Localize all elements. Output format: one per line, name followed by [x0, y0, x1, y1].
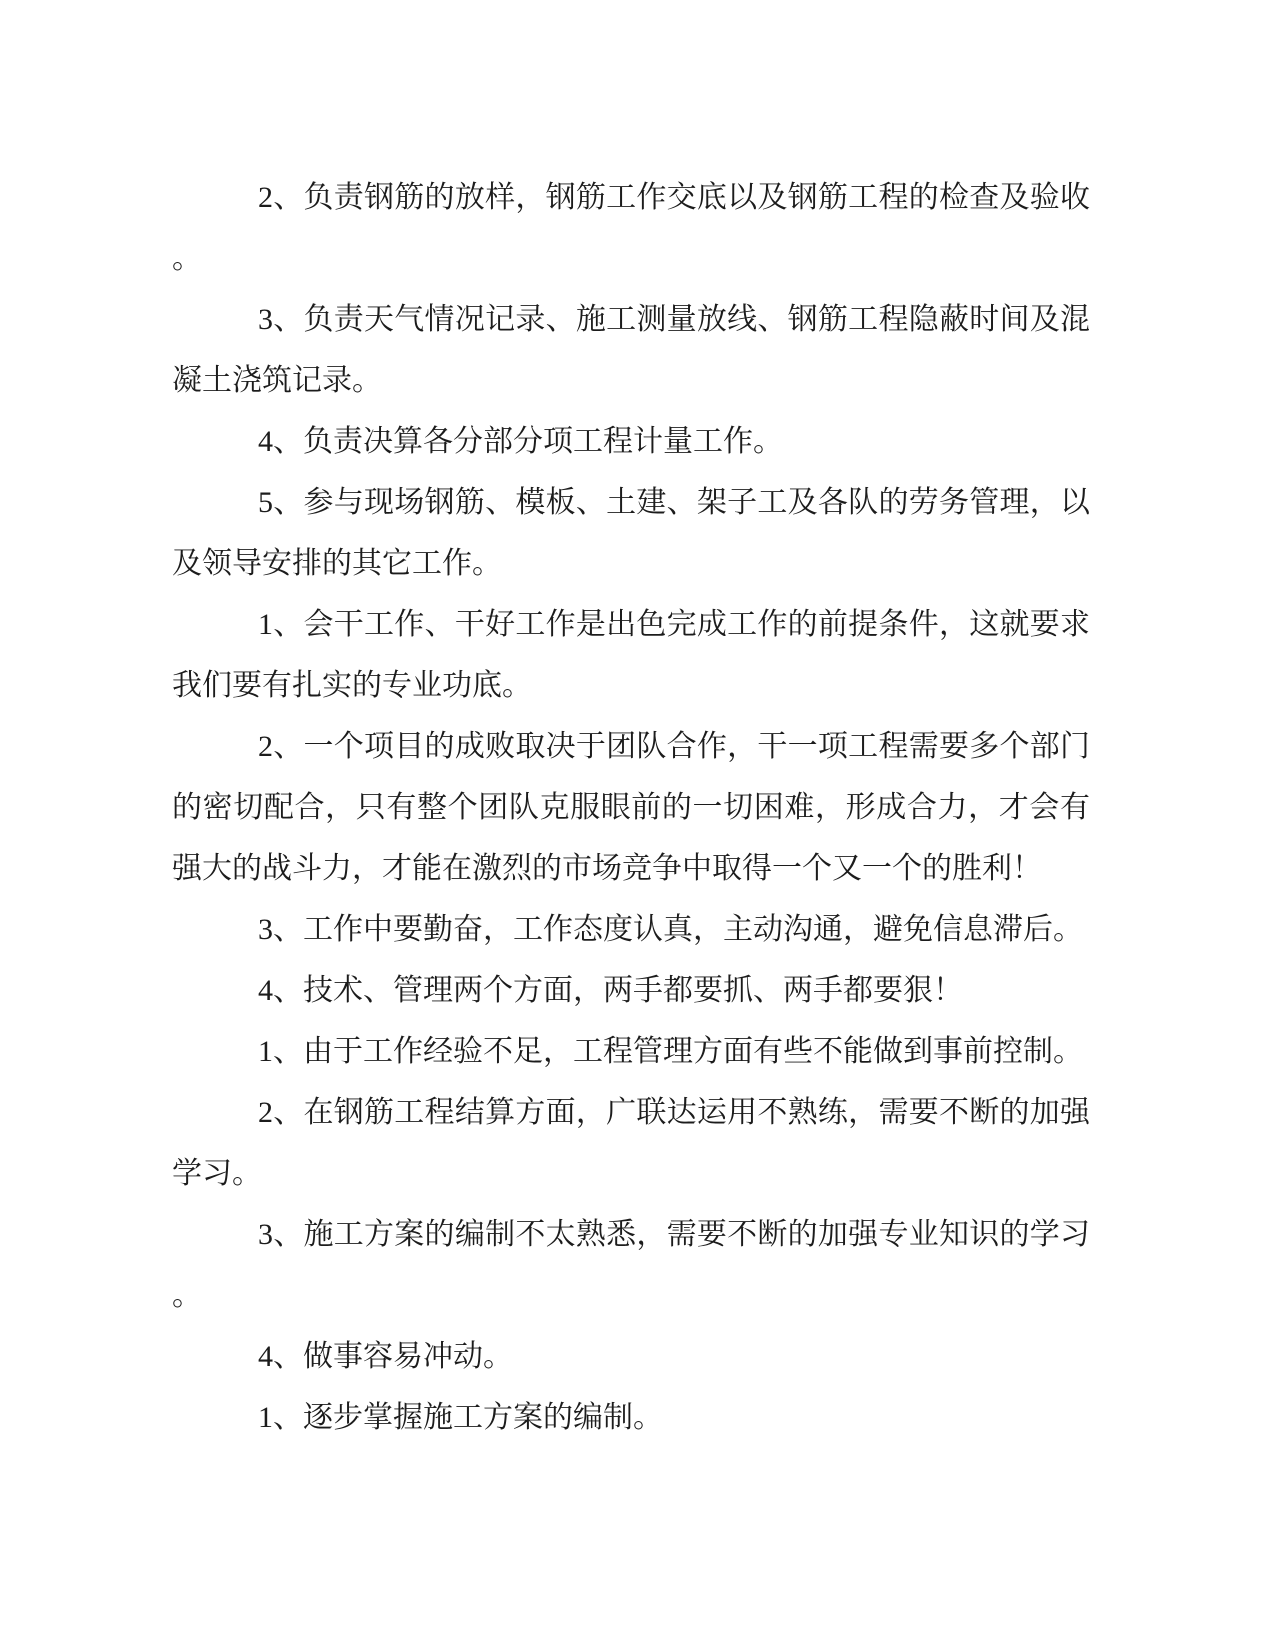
text-line: 及领导安排的其它工作。: [172, 533, 1090, 594]
text-block: 2、负责钢筋的放样，钢筋工作交底以及钢筋工程的检查及验收。3、负责天气情况记录、…: [172, 167, 1090, 1448]
document-page: 2、负责钢筋的放样，钢筋工作交底以及钢筋工程的检查及验收。3、负责天气情况记录、…: [0, 0, 1275, 1650]
text-line: 5、参与现场钢筋、模板、土建、架子工及各队的劳务管理，以: [172, 472, 1090, 533]
text-line: 1、逐步掌握施工方案的编制。: [172, 1387, 1090, 1448]
text-line: 2、负责钢筋的放样，钢筋工作交底以及钢筋工程的检查及验收: [172, 167, 1090, 228]
text-line: 。: [172, 228, 1090, 289]
text-line: 1、会干工作、干好工作是出色完成工作的前提条件，这就要求: [172, 594, 1090, 655]
text-line: 。: [172, 1265, 1090, 1326]
text-line: 1、由于工作经验不足，工程管理方面有些不能做到事前控制。: [172, 1021, 1090, 1082]
text-line: 凝土浇筑记录。: [172, 350, 1090, 411]
text-line: 3、施工方案的编制不太熟悉，需要不断的加强专业知识的学习: [172, 1204, 1090, 1265]
text-line: 学习。: [172, 1143, 1090, 1204]
text-line: 2、一个项目的成败取决于团队合作，干一项工程需要多个部门: [172, 716, 1090, 777]
text-line: 4、技术、管理两个方面，两手都要抓、两手都要狠！: [172, 960, 1090, 1021]
text-line: 3、工作中要勤奋，工作态度认真，主动沟通，避免信息滞后。: [172, 899, 1090, 960]
text-line: 我们要有扎实的专业功底。: [172, 655, 1090, 716]
text-line: 3、负责天气情况记录、施工测量放线、钢筋工程隐蔽时间及混: [172, 289, 1090, 350]
text-line: 强大的战斗力，才能在激烈的市场竞争中取得一个又一个的胜利！: [172, 838, 1090, 899]
text-line: 4、做事容易冲动。: [172, 1326, 1090, 1387]
text-line: 4、负责决算各分部分项工程计量工作。: [172, 411, 1090, 472]
text-line: 的密切配合，只有整个团队克服眼前的一切困难，形成合力，才会有: [172, 777, 1090, 838]
text-line: 2、在钢筋工程结算方面，广联达运用不熟练，需要不断的加强: [172, 1082, 1090, 1143]
